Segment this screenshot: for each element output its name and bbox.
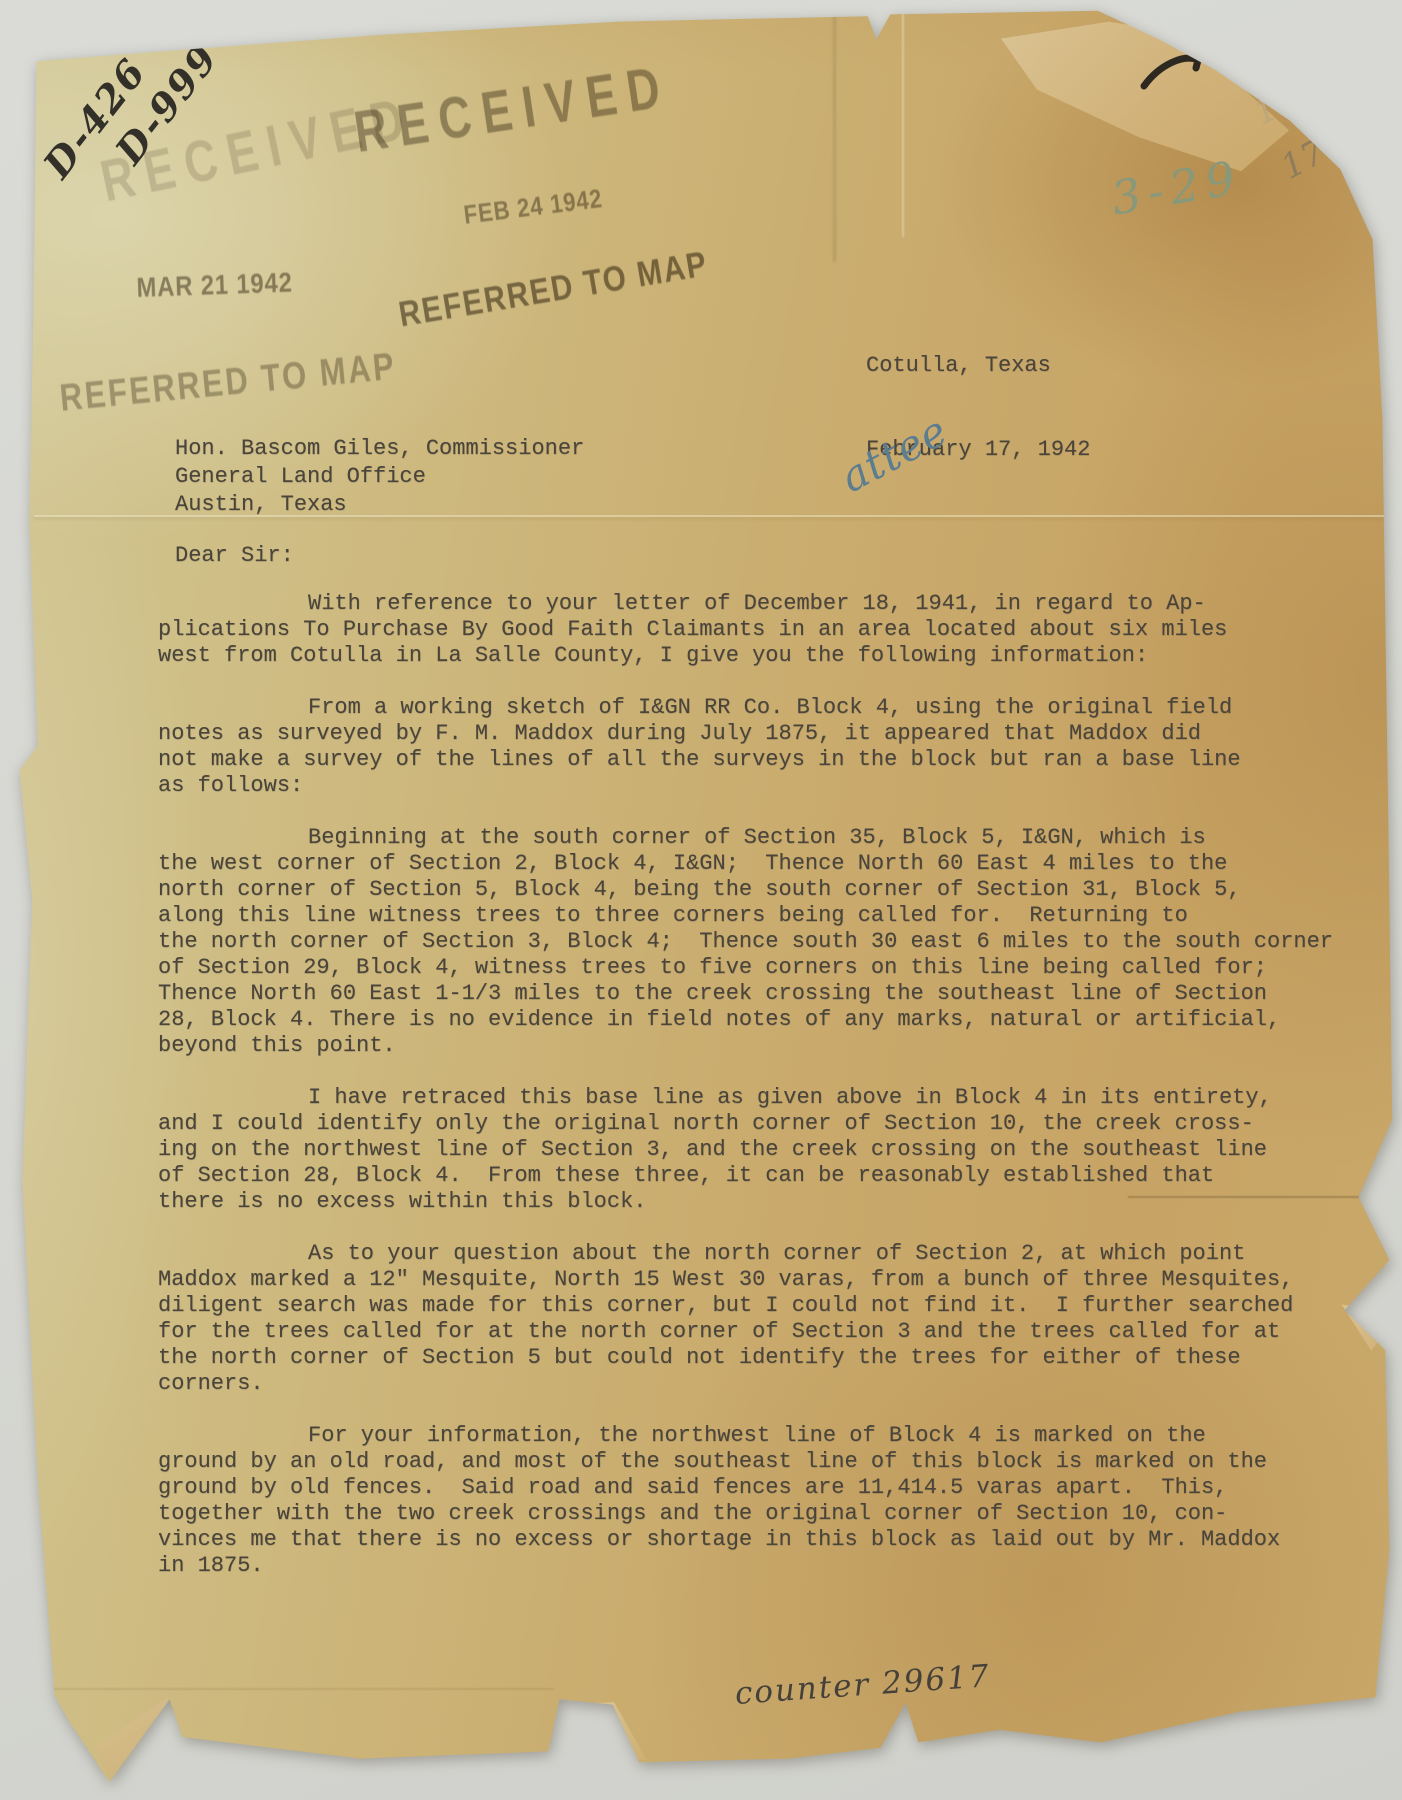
text-line: west from Cotulla in La Salle County, I … [158, 643, 1368, 669]
paragraph: For your information, the northwest line… [158, 1423, 1368, 1579]
salutation: Dear Sir: [175, 543, 294, 569]
text-line: I have retraced this base line as given … [158, 1085, 1368, 1111]
page-letter-annotation: a [53, 1714, 72, 1747]
paper-shadow-wrap: RECEIVED RECEIVED FEB 24 1942 MAR 21 194… [0, 0, 1402, 1800]
text-line: Maddox marked a 12" Mesquite, North 15 W… [158, 1267, 1368, 1293]
text-line: corners. [158, 1371, 1368, 1397]
place-line: Cotulla, Texas [866, 352, 1090, 380]
received-date-stamp: FEB 24 1942 [462, 183, 604, 231]
scanned-letter-page: { "colors": { "backdrop": "#d6d7d2", "pa… [0, 0, 1402, 1800]
text-line: the north corner of Section 5 but could … [158, 1345, 1368, 1371]
text-line: 28, Block 4. There is no evidence in fie… [158, 1007, 1368, 1033]
text-line: together with the two creek crossings an… [158, 1501, 1368, 1527]
text-line: From a working sketch of I&GN RR Co. Blo… [158, 695, 1368, 721]
letter-paper: RECEIVED RECEIVED FEB 24 1942 MAR 21 194… [0, 0, 1402, 1800]
text-line: Beginning at the south corner of Section… [158, 825, 1368, 851]
letter-dateline: Cotulla, Texas February 17, 1942 [866, 296, 1090, 520]
referred-to-map-stamp: REFERRED TO MAP [396, 244, 711, 335]
received-stamp: RECEIVED [350, 53, 675, 166]
text-line: ground by an old road, and most of the s… [158, 1449, 1368, 1475]
text-line: and I could identify only the original n… [158, 1111, 1368, 1137]
green-pencil-date: 3-29 [1107, 150, 1246, 226]
text-line: General Land Office [175, 463, 584, 491]
corner-number-annotation-2: 1780 [1275, 112, 1370, 188]
text-line: of Section 28, Block 4. From these three… [158, 1163, 1368, 1189]
text-line: as follows: [158, 773, 1368, 799]
text-line: beyond this point. [158, 1033, 1368, 1059]
text-line: With reference to your letter of Decembe… [158, 591, 1368, 617]
text-line: not make a survey of the lines of all th… [158, 747, 1368, 773]
corner-number-annotation-1: 135 [1247, 69, 1321, 133]
pen-mark-icon [1140, 48, 1210, 98]
referred-to-map-stamp-faint: REFERRED TO MAP [58, 346, 398, 421]
text-line: the north corner of Section 3, Block 4; … [158, 929, 1368, 955]
text-line: Thence North 60 East 1-1/3 miles to the … [158, 981, 1368, 1007]
text-line: Hon. Bascom Giles, Commissioner [175, 435, 584, 463]
text-line: of Section 29, Block 4, witness trees to… [158, 955, 1368, 981]
paragraph: I have retraced this base line as given … [158, 1085, 1368, 1215]
received-date-stamp-2: MAR 21 1942 [136, 267, 293, 304]
vertical-crease [833, 12, 836, 262]
paragraph: With reference to your letter of Decembe… [158, 591, 1368, 669]
text-line: Austin, Texas [175, 491, 584, 519]
torn-corner-bottom-left [92, 1692, 192, 1792]
text-line: ground by old fences. Said road and said… [158, 1475, 1368, 1501]
text-line: ing on the northwest line of Section 3, … [158, 1137, 1368, 1163]
text-line: diligent search was made for this corner… [158, 1293, 1368, 1319]
paragraph: Beginning at the south corner of Section… [158, 825, 1368, 1059]
text-line: in 1875. [158, 1553, 1368, 1579]
text-line: the west corner of Section 2, Block 4, I… [158, 851, 1368, 877]
bottom-crease [34, 1688, 554, 1690]
text-line: along this line witness trees to three c… [158, 903, 1368, 929]
counter-number-annotation: counter 29617 [734, 1658, 992, 1712]
text-line: As to your question about the north corn… [158, 1241, 1368, 1267]
letter-body: With reference to your letter of Decembe… [158, 591, 1368, 1605]
vertical-crease-highlight [902, 12, 904, 237]
text-line: for the trees called for at the north co… [158, 1319, 1368, 1345]
recipient-address: Hon. Bascom Giles, CommissionerGeneral L… [175, 435, 584, 519]
text-line: there is no excess within this block. [158, 1189, 1368, 1215]
text-line: For your information, the northwest line… [158, 1423, 1368, 1449]
torn-edge-bottom [552, 1698, 652, 1766]
text-line: notes as surveyed by F. M. Maddox during… [158, 721, 1368, 747]
paragraph: As to your question about the north corn… [158, 1241, 1368, 1397]
text-line: north corner of Section 5, Block 4, bein… [158, 877, 1368, 903]
text-line: vinces me that there is no excess or sho… [158, 1527, 1368, 1553]
paragraph: From a working sketch of I&GN RR Co. Blo… [158, 695, 1368, 799]
text-line: plications To Purchase By Good Faith Cla… [158, 617, 1368, 643]
